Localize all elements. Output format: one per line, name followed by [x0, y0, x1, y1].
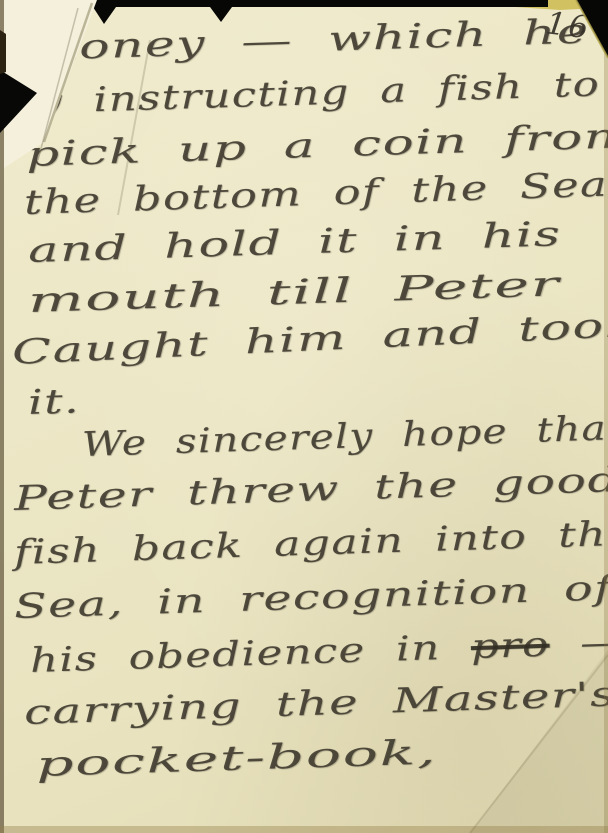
page-number: 16: [544, 5, 594, 46]
struck-out-word: pro: [470, 625, 550, 667]
handwriting-segment: —: [549, 622, 608, 664]
scanned-manuscript-page: money — which he did by instructing a fi…: [0, 0, 608, 833]
handwriting-line: it.: [27, 384, 80, 420]
